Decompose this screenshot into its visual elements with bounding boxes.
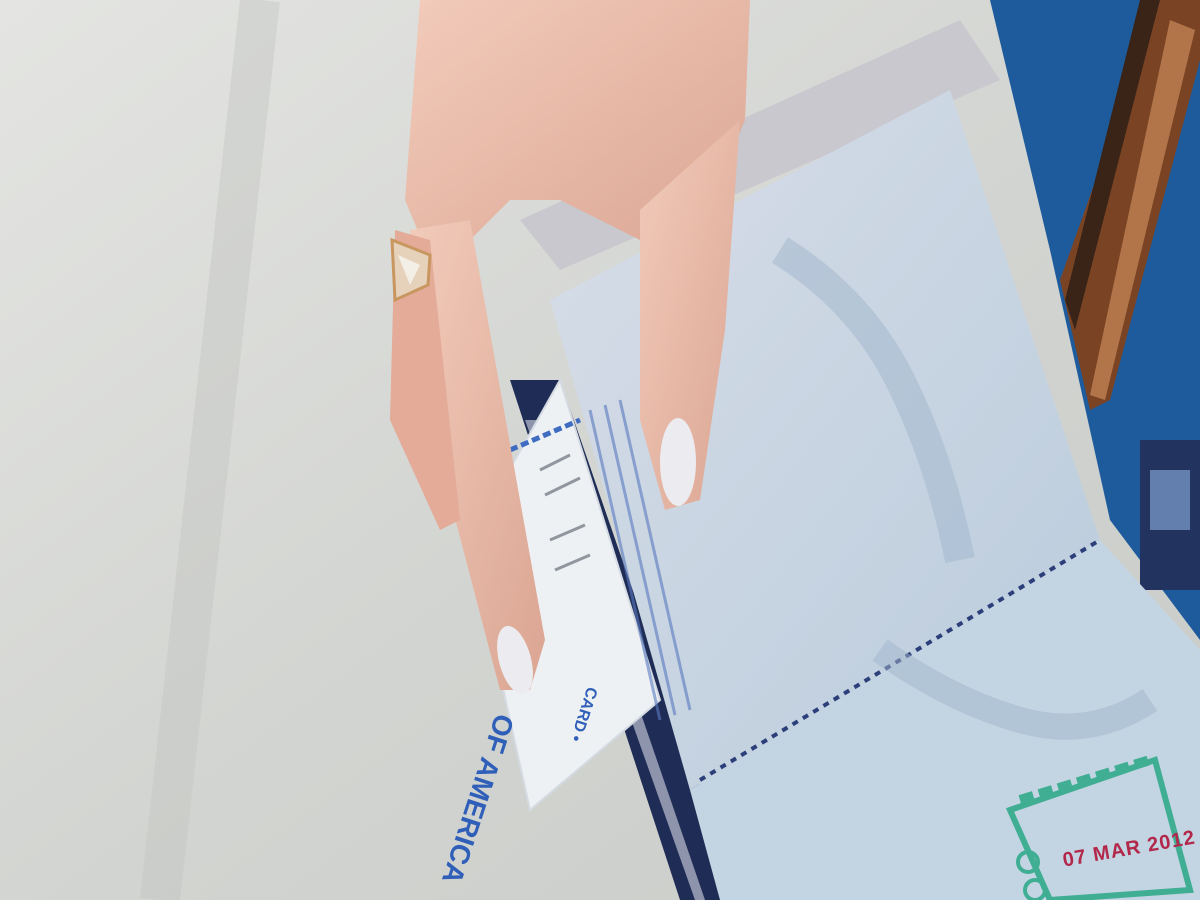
thumb-nail: [660, 418, 696, 506]
photo-illustration: [0, 0, 1200, 900]
photo-scene: OF AMERICA CARD • 07 MAR 2012: [0, 0, 1200, 900]
